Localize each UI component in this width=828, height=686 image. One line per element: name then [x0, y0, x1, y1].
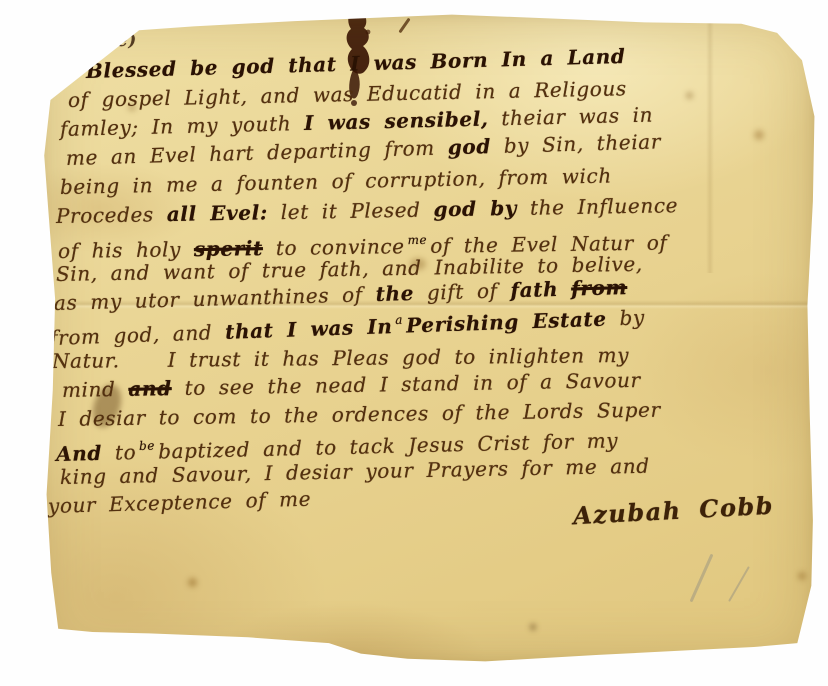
letter-segment: wre): [92, 30, 138, 52]
letter-segment: the Influence: [517, 193, 678, 220]
letter-segment: by Sin, theiar: [491, 129, 662, 158]
letter-segment: me: [407, 233, 427, 247]
letter-segment: to see the nead I stand in of a Savour: [171, 368, 640, 400]
letter-segment: Natur.: [52, 348, 120, 373]
crossed-out-word: from: [571, 275, 628, 301]
letter-segment: god by: [433, 196, 517, 221]
letter-segment: your Exceptence of me: [48, 487, 312, 518]
letter-segment: the: [375, 281, 414, 306]
stain-spot: [188, 578, 197, 587]
manuscript-paper: wre)Blessed be god that I was Born In a …: [38, 12, 816, 664]
letter-segment: be: [139, 439, 155, 453]
letter-segment: theiar was in: [488, 103, 653, 131]
letter-segment: fath: [510, 277, 558, 302]
crossed-out-word: and: [128, 376, 172, 401]
scanned-document-photo: wre)Blessed be god that I was Born In a …: [0, 0, 828, 686]
letter-segment: all Evel:: [167, 200, 268, 226]
letter-segment: that I was In: [225, 314, 393, 344]
letter-segment: a: [395, 313, 403, 327]
letter-segment: Perishing Estate: [406, 307, 607, 338]
letter-segment: mind: [62, 377, 129, 402]
stain-spot: [530, 624, 536, 630]
letter-segment: gift of: [414, 278, 511, 305]
letter-segment: famley; In my youth: [60, 111, 305, 141]
letter-segment: [558, 277, 572, 301]
letter-segment: Procedes: [56, 202, 167, 228]
letter-segment: by: [606, 305, 645, 330]
stain-spot: [798, 572, 806, 580]
letter-segment: I was sensibel,: [304, 107, 489, 135]
letter-segment: let it Plesed: [268, 197, 434, 224]
letter-text: wre)Blessed be god that I was Born In a …: [56, 28, 786, 521]
pencil-mark: [728, 566, 750, 602]
pencil-mark: [690, 554, 714, 603]
letter-segment: god: [447, 134, 491, 159]
letter-segment: [120, 367, 168, 368]
